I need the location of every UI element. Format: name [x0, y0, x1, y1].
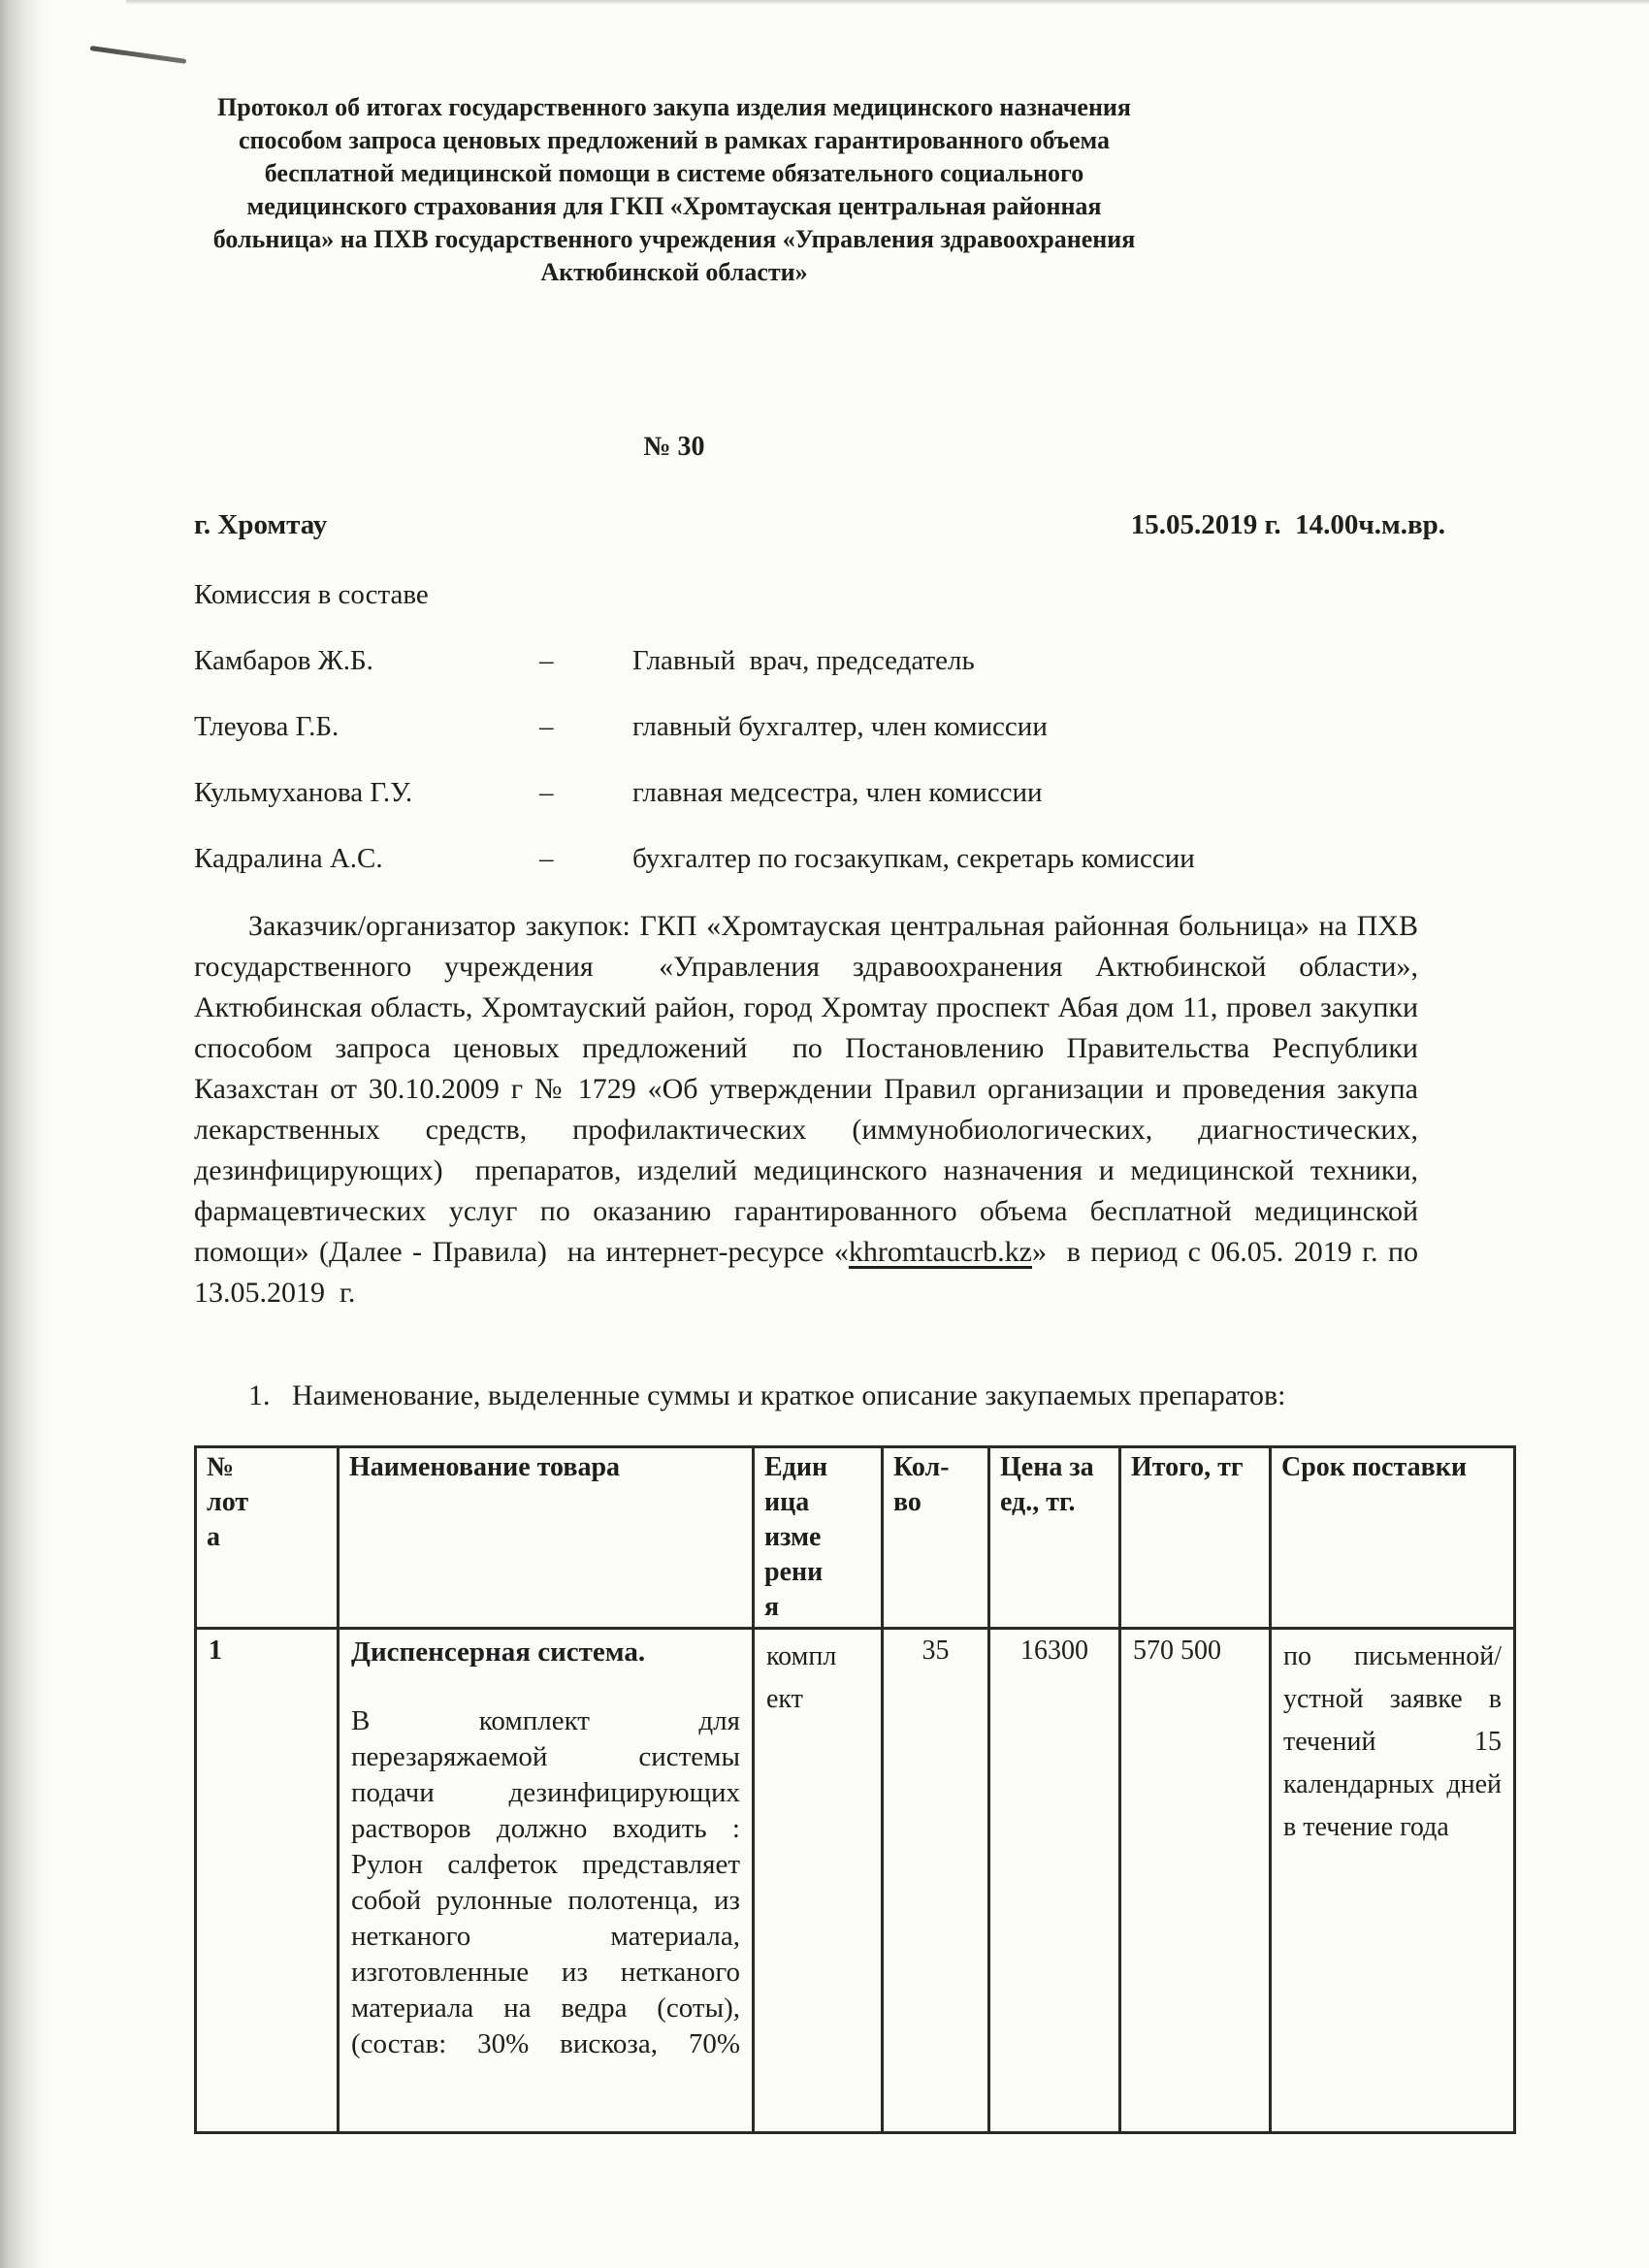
member-role: главная медсестра, член комиссии [632, 776, 1513, 809]
title-line: Протокол об итогах государственного заку… [194, 91, 1154, 124]
col-header-unit-price: Цена за ед., тг. [989, 1447, 1120, 1629]
dash-separator: – [539, 776, 632, 809]
scan-edge-artifact [0, 0, 53, 2268]
member-role: главный бухгалтер, член комиссии [632, 710, 1513, 743]
paragraph-text: Заказчик/организатор закупок: ГКП «Хромт… [194, 910, 1426, 1268]
member-name: Кульмуханова Г.У. [194, 776, 539, 809]
title-line: медицинского страхования для ГКП «Хромта… [194, 190, 1154, 223]
date-time-label: 15.05.2019 г. 14.00ч.м.вр. [1131, 508, 1445, 541]
commission-member-row: Кульмуханова Г.У. – главная медсестра, ч… [194, 776, 1513, 809]
commission-member-row: Камбаров Ж.Б. – Главный врач, председате… [194, 644, 1513, 677]
commission-heading: Комиссия в составе [194, 578, 1513, 611]
place-label: г. Хромтау [194, 508, 327, 541]
document-title: Протокол об итогах государственного заку… [194, 91, 1154, 289]
cell-delivery-terms: по письменной/устной заявке в течений 15… [1271, 1629, 1515, 2133]
section-item-1: 1. Наименование, выделенные суммы и крат… [194, 1376, 1513, 1416]
member-name: Тлеуова Г.Б. [194, 710, 539, 743]
cell-lot-number: 1 [196, 1629, 339, 2133]
item-description: В комплект для перезаряжаемой системы по… [351, 1703, 740, 2062]
col-header-delivery: Срок поставки [1271, 1447, 1515, 1629]
document-number: № 30 [194, 431, 1154, 464]
col-header-quantity: Кол-во [883, 1447, 989, 1629]
col-header-item-name: Наименование товара [339, 1447, 754, 1629]
title-line: Актюбинской области» [194, 256, 1154, 289]
table-header-row: № лота Наименование товара Единица измер… [196, 1447, 1515, 1629]
member-name: Кадралина А.С. [194, 842, 539, 875]
procurement-items-table: № лота Наименование товара Единица измер… [194, 1445, 1516, 2134]
place-date-row: г. Хромтау 15.05.2019 г. 14.00ч.м.вр. [194, 508, 1445, 541]
cell-unit-price: 16300 [989, 1629, 1120, 2133]
item-title: Диспенсерная система. [351, 1636, 740, 1669]
table-row: 1 Диспенсерная система. В комплект для п… [196, 1629, 1515, 2133]
customer-paragraph: Заказчик/организатор закупок: ГКП «Хромт… [194, 906, 1418, 1313]
cell-total: 570 500 [1120, 1629, 1271, 2133]
dash-separator: – [539, 842, 632, 875]
member-role: бухгалтер по госзакупкам, секретарь коми… [632, 842, 1513, 875]
commission-member-row: Кадралина А.С. – бухгалтер по госзакупка… [194, 842, 1513, 875]
website-link-text: khromtaucrb.kz [849, 1236, 1032, 1268]
commission-member-row: Тлеуова Г.Б. – главный бухгалтер, член к… [194, 710, 1513, 743]
scanned-document-page: Протокол об итогах государственного заку… [0, 0, 1649, 2268]
title-line: способом запроса ценовых предложений в р… [194, 124, 1154, 157]
title-line: больница» на ПХВ государственного учрежд… [194, 223, 1154, 256]
cell-item-name: Диспенсерная система. В комплект для пер… [339, 1629, 754, 2133]
col-header-unit: Единица измерения [754, 1447, 883, 1629]
document-content: Протокол об итогах государственного заку… [194, 0, 1513, 2134]
col-header-lot-number: № лота [196, 1447, 339, 1629]
cell-quantity: 35 [883, 1629, 989, 2133]
col-header-total: Итого, тг [1120, 1447, 1271, 1629]
dash-separator: – [539, 710, 632, 743]
dash-separator: – [539, 644, 632, 677]
pen-stroke-artifact [90, 46, 187, 64]
member-role: Главный врач, председатель [632, 644, 1513, 677]
cell-unit: комплект [754, 1629, 883, 2133]
member-name: Камбаров Ж.Б. [194, 644, 539, 677]
title-line: бесплатной медицинской помощи в системе … [194, 157, 1154, 190]
